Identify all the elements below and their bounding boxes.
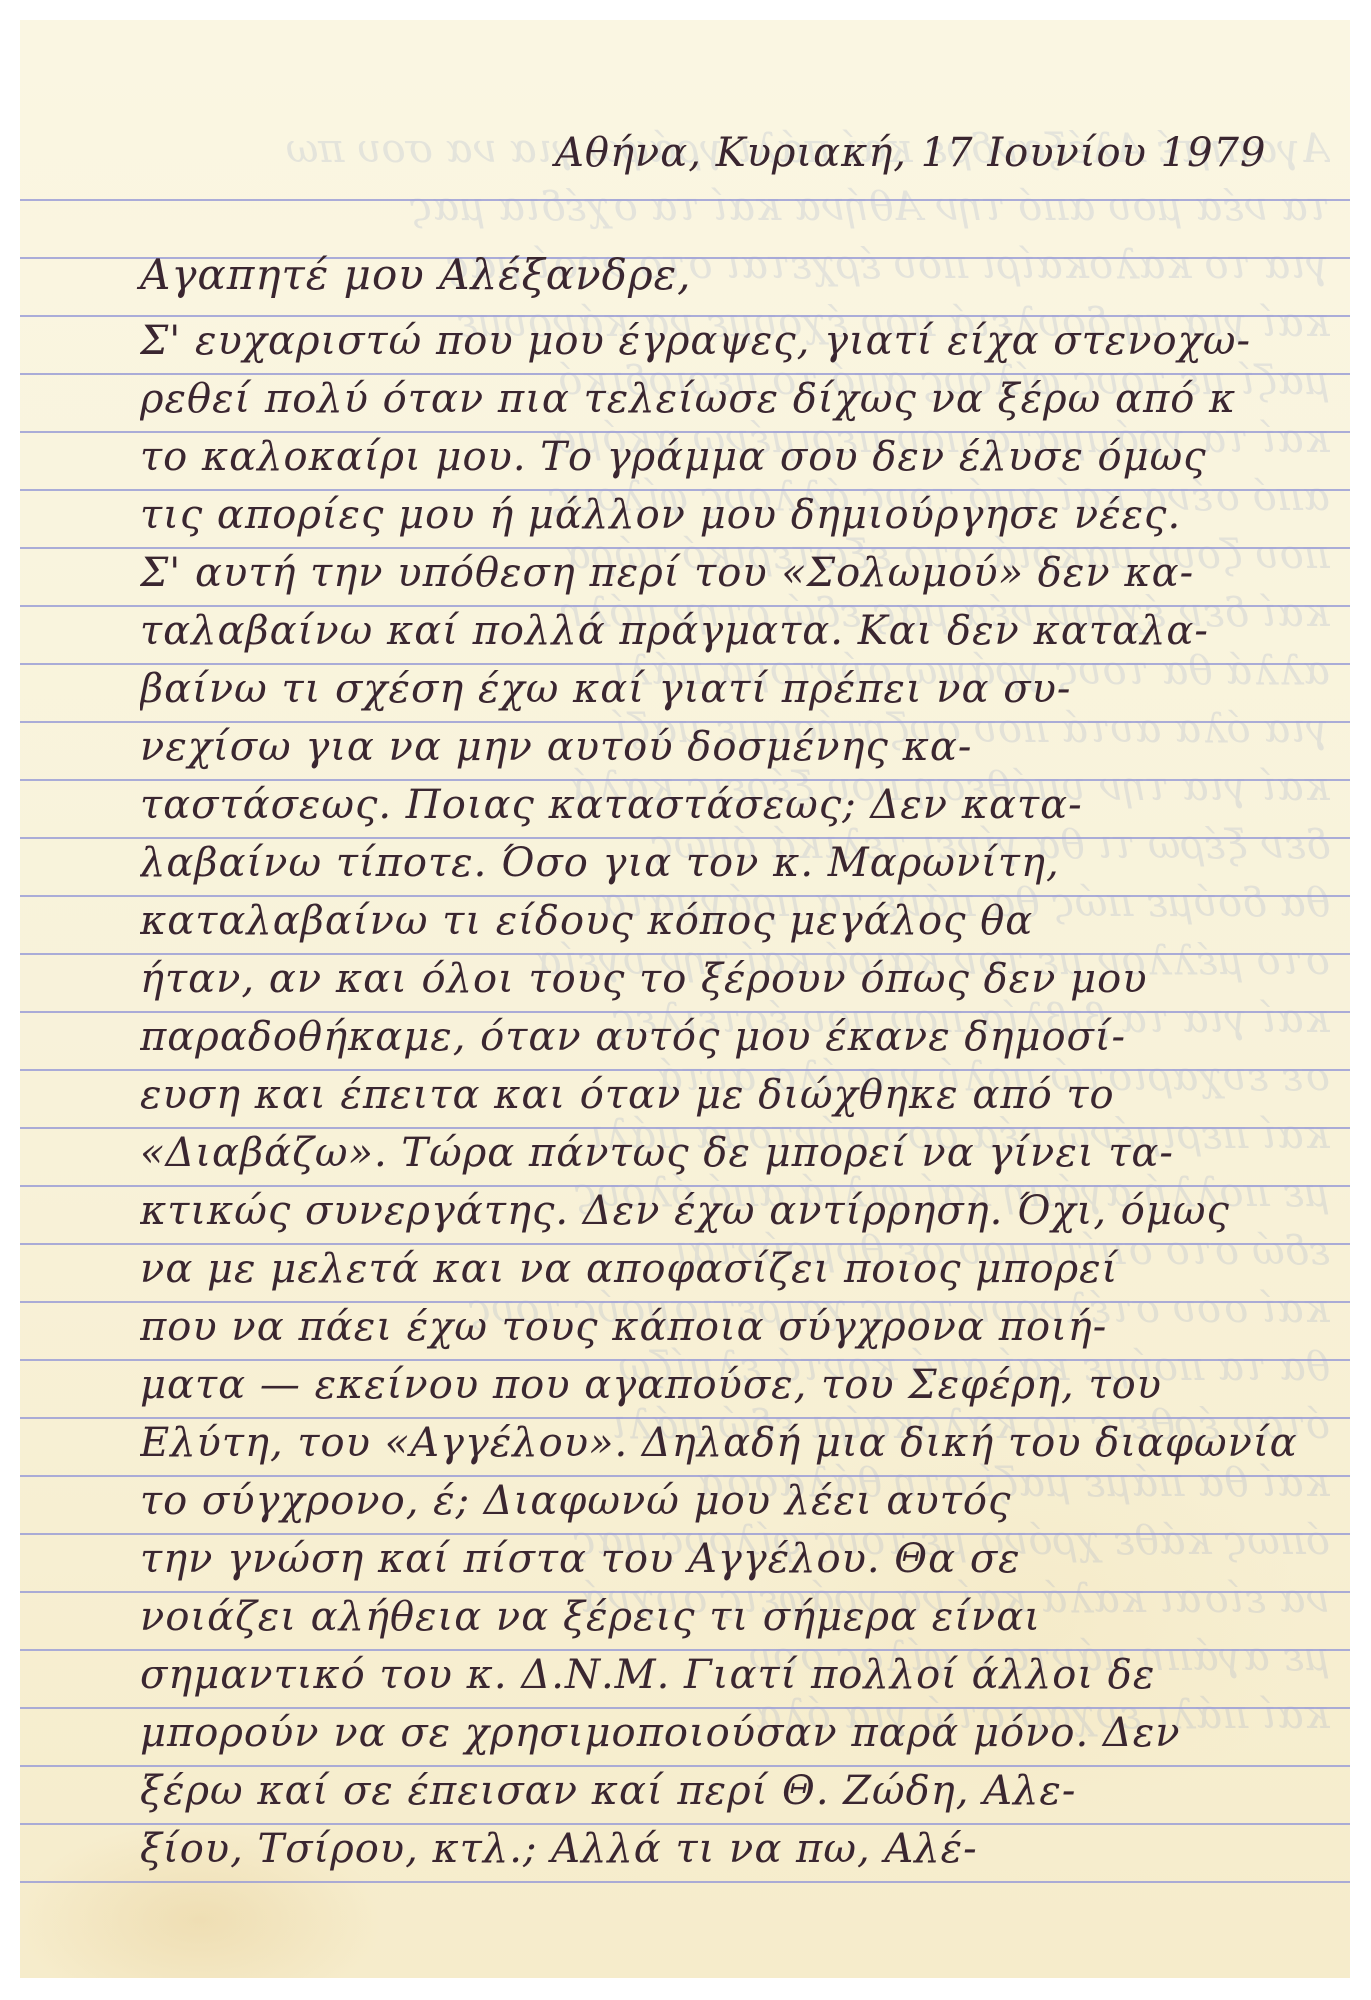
letter-body-line: νεχίσω για να μην αυτού δοσμένης κα- [140,724,1335,770]
ruled-line [20,199,1350,201]
ruled-line [20,547,1350,549]
ruled-line [20,1359,1350,1361]
ruled-line [20,779,1350,781]
letter-body-line: παραδοθήκαμε, όταν αυτός μου έκανε δημοσ… [140,1014,1335,1060]
ruled-line [20,1185,1350,1187]
letter-body-line: βαίνω τι σχέση έχω καί γιατί πρέπει να σ… [140,666,1335,712]
letter-body-line: καταλαβαίνω τι είδους κόπος μεγάλος θα [140,898,1335,944]
letter-body-line: ξίου, Τσίρου, κτλ.; Αλλά τι να πω, Αλέ- [140,1826,1335,1872]
ruled-line [20,1011,1350,1013]
ruled-line [20,431,1350,433]
letter-body-line: ρεθεί πολύ όταν πια τελείωσε δίχως να ξέ… [140,376,1335,422]
ruled-line [20,837,1350,839]
ruled-line [20,721,1350,723]
ruled-line [20,1243,1350,1245]
letter-body-line: που να πάει έχω τους κάποια σύγχρονα ποι… [140,1304,1335,1350]
letter-body-line: σημαντικό του κ. Δ.Ν.Μ. Γιατί πολλοί άλλ… [140,1652,1335,1698]
ruled-line [20,1649,1350,1651]
letter-body-line: να με μελετά και να αποφασίζει ποιος μπο… [140,1246,1335,1292]
ruled-line [20,373,1350,375]
ruled-line [20,1765,1350,1767]
ruled-line [20,1069,1350,1071]
ruled-line [20,1127,1350,1129]
letter-body-line: νοιάζει αλήθεια να ξέρεις τι σήμερα είνα… [140,1594,1335,1640]
ruled-line [20,1591,1350,1593]
letter-body-line: ήταν, αν και όλοι τους το ξέρουν όπως δε… [140,956,1335,1002]
letter-body-line: το σύγχρονο, έ; Διαφωνώ μου λέει αυτός [140,1478,1335,1524]
letter-body-line: ταστάσεως. Ποιας καταστάσεως; Δεν κατα- [140,782,1335,828]
letter-body-line: Ελύτη, του «Αγγέλου». Δηλαδή μια δική το… [140,1420,1335,1466]
letter-body-line: τις απορίες μου ή μάλλον μου δημιούργησε… [140,492,1335,538]
letter-salutation: Αγαπητέ μου Αλέξανδρε, [140,250,692,299]
letter-body-line: το καλοκαίρι μου. Το γράμμα σου δεν έλυσ… [140,434,1335,480]
letter-body-line: λαβαίνω τίποτε. Όσο για τον κ. Μαρωνίτη, [140,840,1335,886]
letter-body-line: Σ' ευχαριστώ που μου έγραψες, γιατί είχα… [140,318,1335,364]
ruled-line [20,895,1350,897]
letter-body-line: ξέρω καί σε έπεισαν καί περί Θ. Ζώδη, Αλ… [140,1768,1335,1814]
ruled-line [20,953,1350,955]
letter-body-line: μπορούν να σε χρησιμοποιούσαν παρά μόνο.… [140,1710,1335,1756]
letter-body-line: ευση και έπειτα και όταν με διώχθηκε από… [140,1072,1335,1118]
letter-body-line: ταλαβαίνω καί πολλά πράγματα. Και δεν κα… [140,608,1335,654]
ruled-line [20,1475,1350,1477]
letter-body-line: «Διαβάζω». Τώρα πάντως δε μπορεί να γίνε… [140,1130,1335,1176]
letter-body-line: την γνώση καί πίστα του Αγγέλου. Θα σε [140,1536,1335,1582]
letter-body-line: Σ' αυτή την υπόθεση περί του «Σολωμού» δ… [140,550,1335,596]
ruled-line [20,1881,1350,1883]
letter-body-line: κτικώς συνεργάτης. Δεν έχω αντίρρηση. Όχ… [140,1188,1335,1234]
ruled-line [20,1301,1350,1303]
letter-date-line: Αθήνα, Κυριακή, 17 Ιουνίου 1979 [555,130,1266,176]
ruled-line [20,663,1350,665]
ruled-line [20,605,1350,607]
ruled-line [20,489,1350,491]
ruled-line [20,1707,1350,1709]
letter-body-line: ματα — εκείνου που αγαπούσε, του Σεφέρη,… [140,1362,1335,1408]
ruled-line [20,1417,1350,1419]
ruled-line [20,1823,1350,1825]
ruled-line [20,315,1350,317]
ruled-line [20,1533,1350,1535]
